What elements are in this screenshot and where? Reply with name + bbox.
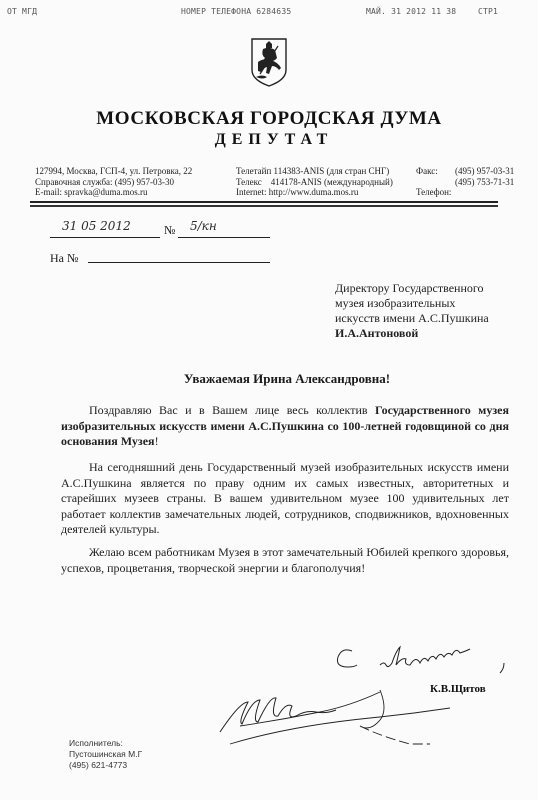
paragraph-2-text: На сегодняшний день Государственный музе… <box>61 460 509 536</box>
paragraph-3-text: Желаю всем работникам Музея в этот замеч… <box>61 545 509 575</box>
contact-address: 127994, Москва, ГСП-4, ул. Петровка, 22 <box>35 166 192 177</box>
number-label: № <box>164 223 175 238</box>
addressee-line-1: Директору Государственного <box>335 281 489 296</box>
letter-greeting: Уважаемая Ирина Александровна! <box>0 371 538 387</box>
fax-number-1: (495) 957-03-31 <box>455 166 514 177</box>
fax-phone-number: НОМЕР ТЕЛЕФОНА 6284635 <box>181 7 291 16</box>
contact-website: Internet: http://www.duma.mos.ru <box>236 187 393 198</box>
fax-number-2: (495) 753-71-31 <box>455 177 514 188</box>
moscow-coat-of-arms-icon <box>249 36 289 88</box>
executor-block: Исполнитель: Пустошинская М.Г (495) 621-… <box>69 738 142 771</box>
paragraph-3: Желаю всем работникам Музея в этот замеч… <box>61 545 509 576</box>
reply-to-label: На № <box>50 251 78 266</box>
contact-telex-block: Телетайп 114383-ANIS (для стран СНГ) Тел… <box>236 166 393 198</box>
fax-sender: ОТ МГД <box>7 7 37 16</box>
contact-email: E-mail: spravka@duma.mos.ru <box>35 187 192 198</box>
addressee-block: Директору Государственного музея изобраз… <box>335 281 489 341</box>
date-field-line <box>50 237 160 238</box>
fax-datetime: МАЙ. 31 2012 11 38 <box>366 7 456 16</box>
letterhead-divider-thin <box>30 205 498 207</box>
executor-label: Исполнитель: <box>69 738 142 749</box>
number-field-line <box>178 237 270 238</box>
organization-title: МОСКОВСКАЯ ГОРОДСКАЯ ДУМА <box>0 108 538 130</box>
fax-page-number: СТР1 <box>478 7 498 16</box>
executor-phone: (495) 621-4773 <box>69 760 142 771</box>
addressee-line-3: искусств имени А.С.Пушкина <box>335 311 489 326</box>
executor-name: Пустошинская М.Г <box>69 749 142 760</box>
organization-subtitle: ДЕПУТАТ <box>0 131 538 149</box>
handwritten-closing <box>330 643 520 683</box>
addressee-name: И.А.Антоновой <box>335 326 489 341</box>
number-handwritten: 5/кн <box>190 219 217 233</box>
contact-fax-labels: Факс: Телефон: <box>416 166 451 198</box>
letterhead-divider-thick <box>30 201 498 203</box>
contact-address-block: 127994, Москва, ГСП-4, ул. Петровка, 22 … <box>35 166 192 198</box>
signer-name: К.В.Щитов <box>430 683 486 695</box>
contact-fax-numbers: (495) 957-03-31 (495) 753-71-31 <box>455 166 514 187</box>
paragraph-1: Поздравляю Вас и в Вашем лице весь колле… <box>61 403 509 450</box>
contact-telex: Телекс 414178-ANIS (международный) <box>236 177 393 188</box>
paragraph-1-end: ! <box>155 434 159 448</box>
reply-to-field-line <box>88 262 270 263</box>
paragraph-1-text: Поздравляю Вас и в Вашем лице весь колле… <box>89 403 375 417</box>
contact-helpdesk: Справочная служба: (495) 957-03-30 <box>35 177 192 188</box>
date-handwritten: 31 05 2012 <box>62 219 131 233</box>
fax-label: Факс: <box>416 166 451 177</box>
phone-label: Телефон: <box>416 187 451 198</box>
paragraph-2: На сегодняшний день Государственный музе… <box>61 460 509 538</box>
contact-teletype: Телетайп 114383-ANIS (для стран СНГ) <box>236 166 393 177</box>
addressee-line-2: музея изобразительных <box>335 296 489 311</box>
